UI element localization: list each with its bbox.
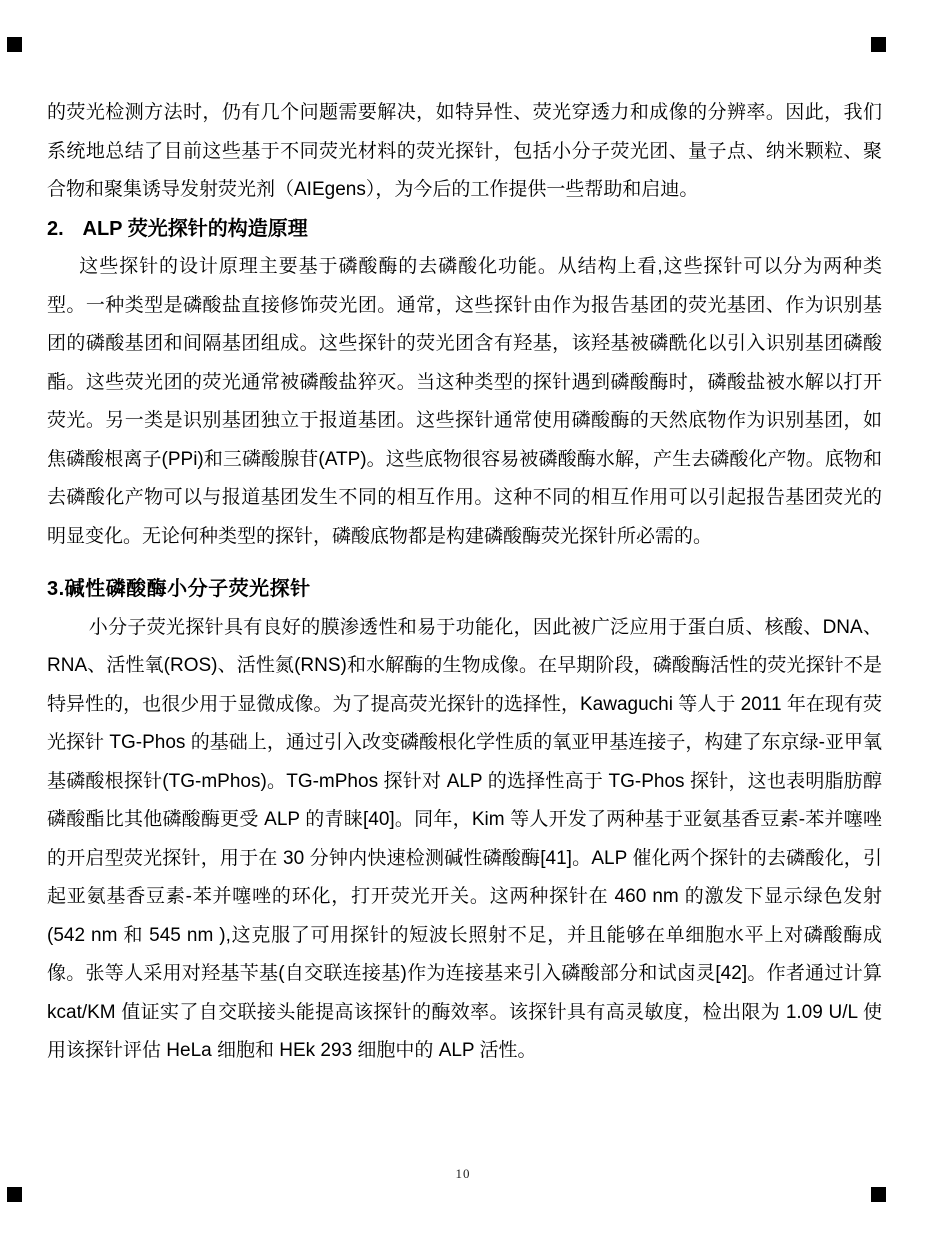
heading-title: ALP 荧光探针的构造原理 (83, 218, 308, 240)
corner-mark-bottom-right (871, 1187, 886, 1202)
paragraph-probe-design-principle: 这些探针的设计原理主要基于磷酸酶的去磷酸化功能。从结构上看,这些探针可以分为两种… (47, 248, 882, 556)
corner-mark-bottom-left (7, 1187, 22, 1202)
corner-mark-top-left (7, 37, 22, 52)
heading-number: 2. (47, 218, 64, 240)
document-page: 的荧光检测方法时，仍有几个问题需要解决，如特异性、荧光穿透力和成像的分辨率。因此… (0, 0, 926, 1235)
corner-mark-top-right (871, 37, 886, 52)
section-heading-alp-principle: 2. ALP 荧光探针的构造原理 (47, 210, 882, 249)
section-heading-small-molecule-probe: 3.碱性磷酸酶小分子荧光探针 (47, 570, 882, 609)
paragraph-small-molecule-probes: 小分子荧光探针具有良好的膜渗透性和易于功能化，因此被广泛应用于蛋白质、核酸、DN… (47, 609, 882, 1071)
page-number: 10 (0, 1166, 926, 1182)
paragraph-intro-continuation: 的荧光检测方法时，仍有几个问题需要解决，如特异性、荧光穿透力和成像的分辨率。因此… (47, 94, 882, 210)
text-block: 的荧光检测方法时，仍有几个问题需要解决，如特异性、荧光穿透力和成像的分辨率。因此… (47, 94, 882, 1071)
